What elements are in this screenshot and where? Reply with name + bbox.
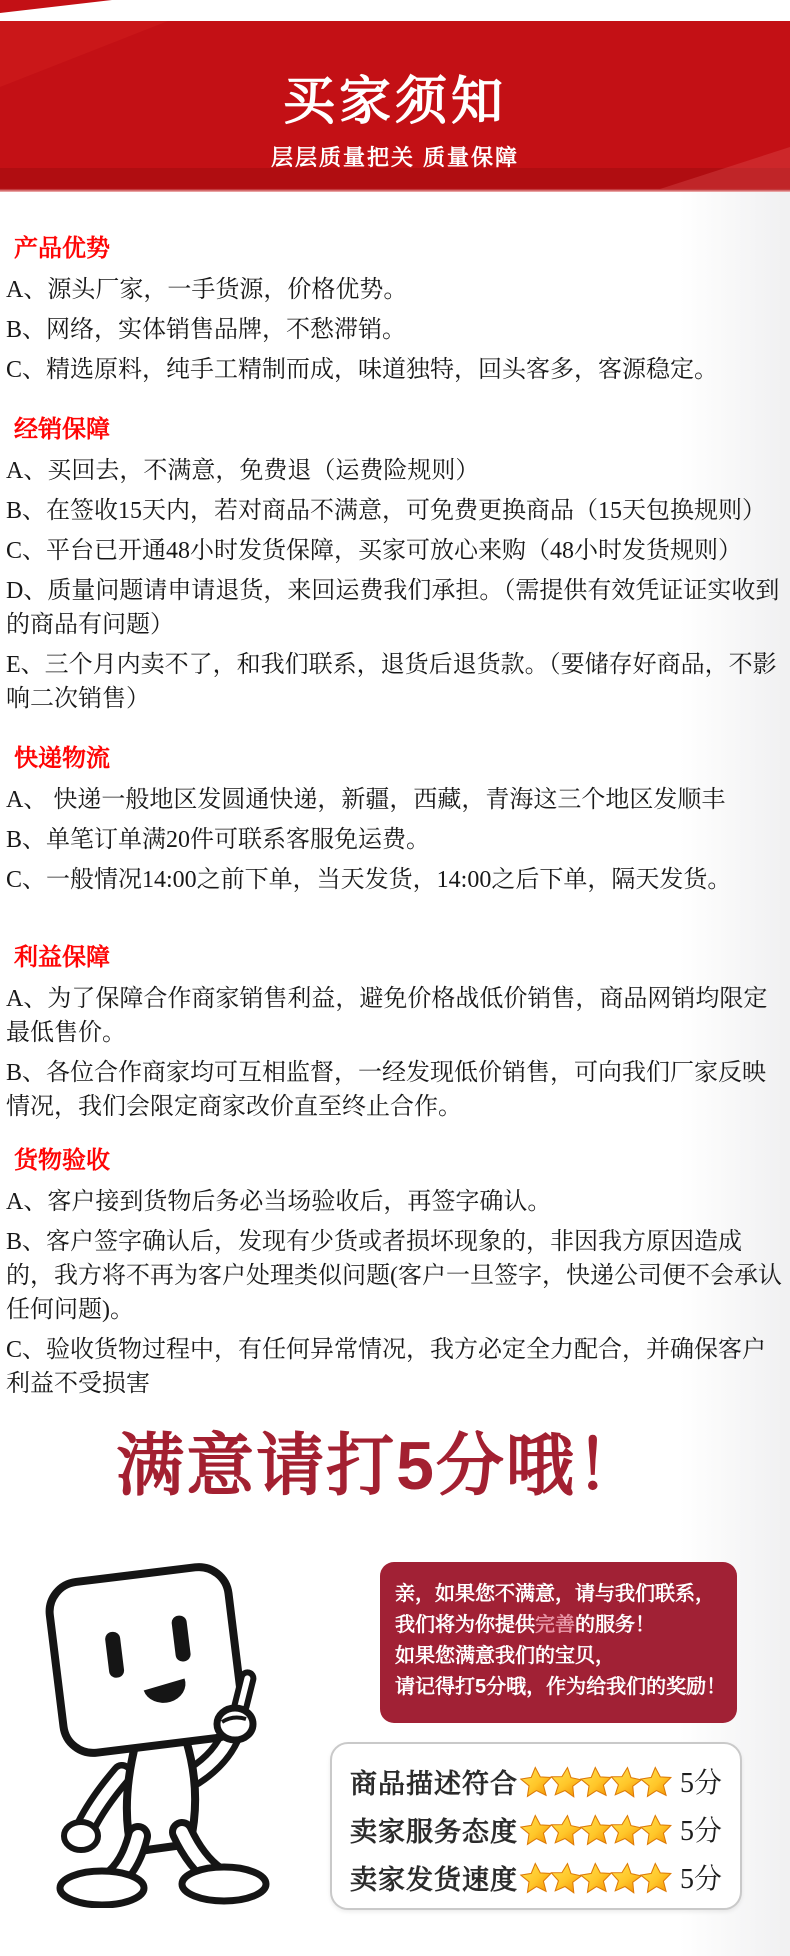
speech-line: 请记得打5分哦，作为给我们的奖励！ xyxy=(395,1672,722,1703)
rating-row-shipping: 卖家发货速度 5分 xyxy=(350,1856,726,1898)
star-icon xyxy=(548,1812,583,1846)
rating-row-description: 商品描述符合 5分 xyxy=(350,1760,726,1802)
notice-line: C、平台已开通48小时发货保障，买家可放心来购（48小时发货规则） xyxy=(6,534,784,568)
star-icon xyxy=(608,1764,643,1798)
notice-line: A、 快递一般地区发圆通快递，新疆，西藏，青海这三个地区发顺丰 xyxy=(6,783,784,817)
speech-line: 如果您满意我们的宝贝， xyxy=(395,1641,722,1672)
section-heading: 快递物流 xyxy=(14,738,784,773)
five-star-icons xyxy=(520,1766,670,1797)
socket-plug-mascot-icon xyxy=(26,1536,278,1908)
cta-title: 满意请打5分哦！ xyxy=(0,1412,776,1509)
rating-score: 5分 xyxy=(680,1761,722,1801)
buyer-notice-page: 买家须知 层层质量把关 质量保障 产品优势 A、源头厂家，一手货源，价格优势。 … xyxy=(0,0,790,1956)
section-heading: 货物验收 xyxy=(14,1140,784,1175)
notice-line: C、验收货物过程中，有任何异常情况，我方必定全力配合，并确保客户利益不受损害 xyxy=(6,1333,784,1401)
rating-panel: 商品描述符合 5分 卖家服务态度 5分 卖家发货速度 xyxy=(330,1742,742,1910)
header-banner: 买家须知 层层质量把关 质量保障 xyxy=(0,0,790,192)
star-icon xyxy=(608,1812,643,1846)
notice-line: B、单笔订单满20件可联系客服免运费。 xyxy=(6,823,784,857)
section-heading: 产品优势 xyxy=(14,228,784,263)
speech-line: 我们将为你提供完善的服务！ xyxy=(395,1610,722,1641)
star-icon xyxy=(548,1860,583,1894)
notice-line: A、为了保障合作商家销售利益，避免价格战低价销售，商品网销均限定最低售价。 xyxy=(6,982,784,1050)
rating-score: 5分 xyxy=(680,1809,722,1849)
five-star-icons xyxy=(520,1814,670,1845)
section-heading: 经销保障 xyxy=(14,409,784,444)
notice-line: C、精选原料，纯手工精制而成，味道独特，回头客多，客源稳定。 xyxy=(6,353,784,387)
section-heading: 利益保障 xyxy=(14,937,784,972)
star-icon xyxy=(639,1765,673,1798)
notice-line: C、一般情况14:00之前下单，当天发货，14:00之后下单，隔天发货。 xyxy=(6,863,784,897)
notice-line: D、质量问题请申请退货，来回运费我们承担。（需提供有效凭证证实收到的商品有问题） xyxy=(6,574,784,642)
rating-label: 卖家发货速度 xyxy=(350,1858,518,1897)
section-goods-inspection: 货物验收 A、客户接到货物后务必当场验收后，再签字确认。 B、客户签字确认后，发… xyxy=(6,1140,784,1401)
page-title: 买家须知 xyxy=(0,59,790,134)
section-distribution-guarantee: 经销保障 A、买回去，不满意，免费退（运费险规则） B、在签收15天内，若对商品… xyxy=(6,409,784,716)
highlighted-word: 完善 xyxy=(535,1614,575,1636)
star-icon xyxy=(639,1861,673,1894)
notice-content: 产品优势 A、源头厂家，一手货源，价格优势。 B、网络，实体销售品牌，不愁滞销。… xyxy=(0,192,790,1401)
section-profit-guarantee: 利益保障 A、为了保障合作商家销售利益，避免价格战低价销售，商品网销均限定最低售… xyxy=(6,937,784,1124)
star-icon xyxy=(608,1860,643,1894)
star-icon xyxy=(548,1764,583,1798)
notice-line: E、三个月内卖不了，和我们联系，退货后退货款。（要储存好商品，不影响二次销售） xyxy=(6,648,784,716)
rating-label: 商品描述符合 xyxy=(350,1762,518,1801)
page-subtitle: 层层质量把关 质量保障 xyxy=(0,141,790,172)
section-logistics: 快递物流 A、 快递一般地区发圆通快递，新疆，西藏，青海这三个地区发顺丰 B、单… xyxy=(6,738,784,897)
notice-line: A、源头厂家，一手货源，价格优势。 xyxy=(6,273,784,307)
notice-line: B、客户签字确认后，发现有少货或者损坏现象的，非因我方原因造成的，我方将不再为客… xyxy=(6,1225,784,1327)
speech-bubble: 亲，如果您不满意，请与我们联系， 我们将为你提供完善的服务！ 如果您满意我们的宝… xyxy=(380,1562,737,1723)
corner-accent-shape xyxy=(0,0,112,13)
rating-score: 5分 xyxy=(680,1857,722,1897)
notice-line: B、在签收15天内，若对商品不满意，可免费更换商品（15天包换规则） xyxy=(6,494,784,528)
rating-label: 卖家服务态度 xyxy=(350,1810,518,1849)
notice-line: B、各位合作商家均可互相监督，一经发现低价销售，可向我们厂家反映情况，我们会限定… xyxy=(6,1056,784,1124)
five-star-icons xyxy=(520,1862,670,1893)
banner-background: 买家须知 层层质量把关 质量保障 xyxy=(0,21,790,192)
star-icon xyxy=(639,1813,673,1846)
rating-row-service: 卖家服务态度 5分 xyxy=(350,1808,726,1850)
notice-line: B、网络，实体销售品牌，不愁滞销。 xyxy=(6,313,784,347)
speech-line: 亲，如果您不满意，请与我们联系， xyxy=(395,1579,722,1610)
notice-line: A、客户接到货物后务必当场验收后，再签字确认。 xyxy=(6,1185,784,1219)
notice-line: A、买回去，不满意，免费退（运费险规则） xyxy=(6,454,784,488)
section-product-advantage: 产品优势 A、源头厂家，一手货源，价格优势。 B、网络，实体销售品牌，不愁滞销。… xyxy=(6,228,784,387)
